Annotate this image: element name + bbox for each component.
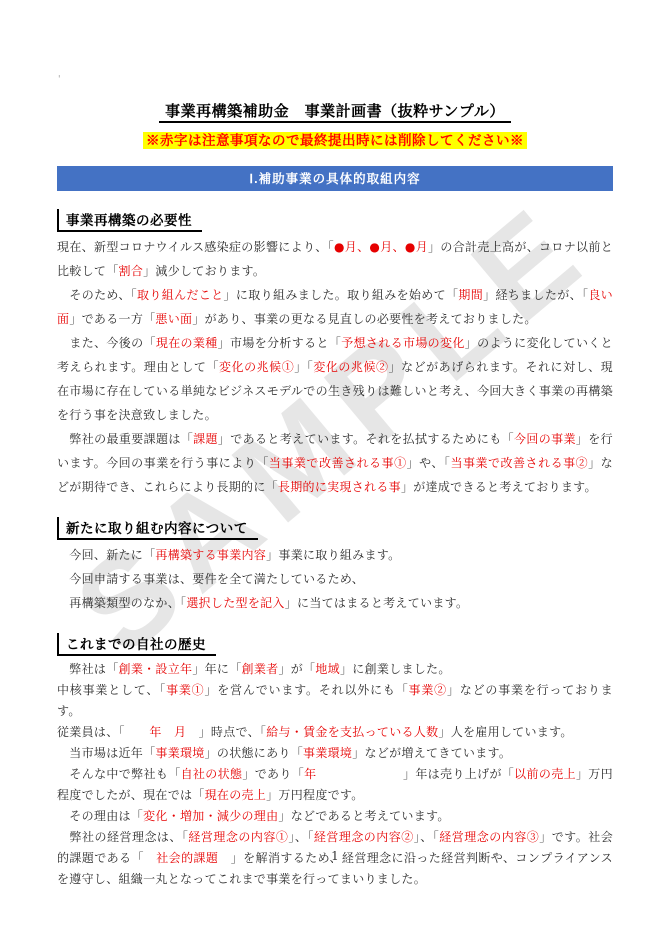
body-text: その理由は「 bbox=[57, 809, 143, 823]
document-section: 新たに取り組む内容について 今回、新たに「再構築する事業内容」事業に取り組みます… bbox=[57, 499, 613, 615]
body-text: 」を営んでいます。それ以外にも「 bbox=[205, 683, 409, 697]
body-text: 」であり「 bbox=[242, 767, 304, 781]
placeholder-red-text: 変化の兆候① bbox=[219, 360, 294, 374]
body-text: 」年に「 bbox=[192, 662, 241, 676]
body-text: 」、「 bbox=[414, 830, 439, 844]
placeholder-red-text: ●月、●月、●月 bbox=[334, 240, 428, 254]
body-text: 」時点で、「 bbox=[199, 725, 267, 739]
placeholder-red-text: 事業① bbox=[166, 683, 204, 697]
paragraph: 現在、新型コロナウイルス感染症の影響により、「●月、●月、●月」の合計売上高が、… bbox=[57, 235, 613, 283]
document-section: 事業再構築の必要性現在、新型コロナウイルス感染症の影響により、「●月、●月、●月… bbox=[57, 191, 613, 499]
placeholder-red-text: 課題 bbox=[193, 432, 218, 446]
body-text: また、今後の「 bbox=[57, 336, 156, 350]
paragraph: 今回、新たに「再構築する事業内容」事業に取り組みます。 bbox=[57, 543, 613, 567]
placeholder-red-text: 当事業で改善される事① bbox=[269, 456, 407, 470]
body-text: 再構築類型のなか、「 bbox=[57, 596, 186, 610]
placeholder-red-text: 給与・賃金を支払っている人数 bbox=[266, 725, 438, 739]
red-deletion-notice: ※赤字は注意事項なので最終提出時には削除してください※ bbox=[143, 132, 527, 149]
placeholder-red-text: 経営理念の内容② bbox=[314, 830, 414, 844]
placeholder-red-text: 年 月 bbox=[125, 725, 199, 739]
placeholder-red-text: 取り組んだこと bbox=[137, 288, 224, 302]
section-heading: 新たに取り組む内容について bbox=[57, 517, 258, 540]
body-text: 」年は売り上げが「 bbox=[316, 767, 514, 781]
placeholder-red-text: 悪い面 bbox=[155, 312, 192, 326]
body-text: 」万円程度です。 bbox=[266, 788, 363, 802]
chapter-banner: Ⅰ.補助事業の具体的取組内容 bbox=[57, 166, 613, 191]
body-text: 弊社の最重要課題は「 bbox=[57, 432, 193, 446]
body-text: 」市場を分析すると「 bbox=[218, 336, 342, 350]
body-text: 」である一方「 bbox=[69, 312, 155, 326]
body-text: 」に創業しました。 bbox=[340, 662, 451, 676]
paragraph: 従業員は、「 年 月 」時点で、「給与・賃金を支払っている人数」人を雇用していま… bbox=[57, 722, 613, 743]
sections-container: 事業再構築の必要性現在、新型コロナウイルス感染症の影響により、「●月、●月、●月… bbox=[57, 191, 613, 890]
paragraph: 今回申請する事業は、要件を全て満たしているため、 bbox=[57, 567, 613, 591]
paragraph: 再構築類型のなか、「選択した型を記入」に当てはまると考えています。 bbox=[57, 591, 613, 615]
placeholder-red-text: 地域 bbox=[315, 662, 340, 676]
document-page: SAMPLE ' 事業再構築補助金 事業計画書（抜粋サンプル） ※赤字は注意事項… bbox=[0, 0, 665, 940]
section-heading: これまでの自社の歴史 bbox=[57, 633, 216, 656]
body-text: 」であると考えています。それを払拭するためにも「 bbox=[218, 432, 514, 446]
paragraph: また、今後の「現在の業種」市場を分析すると「予想される市場の変化」のように変化し… bbox=[57, 331, 613, 427]
paragraph: 弊社は「創業・設立年」年に「創業者」が「地域」に創業しました。 bbox=[57, 659, 613, 680]
body-text: 」減少しております。 bbox=[143, 264, 265, 278]
placeholder-red-text: 変化の兆候② bbox=[313, 360, 388, 374]
paragraph: そんな中で弊社も「自社の状態」であり「年 」年は売り上げが「以前の売上」万円程度… bbox=[57, 764, 613, 806]
body-text: 中核事業として、「 bbox=[57, 683, 166, 697]
body-text: 今回申請する事業は、要件を全て満たしているため、 bbox=[57, 572, 364, 586]
placeholder-red-text: 事業環境 bbox=[155, 746, 204, 760]
title-row: 事業再構築補助金 事業計画書（抜粋サンプル） bbox=[57, 0, 613, 121]
placeholder-red-text: 選択した型を記入 bbox=[186, 596, 284, 610]
placeholder-red-text: 再構築する事業内容 bbox=[155, 548, 266, 562]
placeholder-red-text: 創業者 bbox=[242, 662, 279, 676]
body-text: 弊社の経営理念は、「 bbox=[57, 830, 188, 844]
body-text: 従業員は、「 bbox=[57, 725, 125, 739]
placeholder-red-text: 変化・増加・減少の理由 bbox=[143, 809, 278, 823]
stray-edit-mark: ' bbox=[58, 76, 60, 85]
document-title: 事業再構築補助金 事業計画書（抜粋サンプル） bbox=[159, 103, 511, 123]
body-text: 」が「 bbox=[278, 662, 315, 676]
body-text: 」経ちましたが、「 bbox=[483, 288, 588, 302]
paragraph: そのため、「取り組んだこと」に取り組みました。取り組みを始めて「期間」経ちました… bbox=[57, 283, 613, 331]
body-text: 」に取り組みました。取り組みを始めて「 bbox=[224, 288, 459, 302]
page-content: ' 事業再構築補助金 事業計画書（抜粋サンプル） ※赤字は注意事項なので最終提出… bbox=[57, 0, 613, 940]
placeholder-red-text: 現在の業種 bbox=[156, 336, 218, 350]
body-text: 」があり、事業の更なる見直しの必要性を考えておりました。 bbox=[192, 312, 536, 326]
placeholder-red-text: 現在の売上 bbox=[205, 788, 267, 802]
placeholder-red-text: 創業・設立年 bbox=[119, 662, 193, 676]
body-text: 」などが増えてきています。 bbox=[352, 746, 511, 760]
placeholder-red-text: 予想される市場の変化 bbox=[341, 336, 465, 350]
body-text: 」の状態にあり「 bbox=[205, 746, 303, 760]
placeholder-red-text: 年 bbox=[304, 767, 316, 781]
placeholder-red-text: 割合 bbox=[119, 264, 144, 278]
section-heading: 事業再構築の必要性 bbox=[57, 209, 202, 232]
placeholder-red-text: 経営理念の内容③ bbox=[439, 830, 539, 844]
placeholder-red-text: 長期的に実現される事 bbox=[278, 480, 401, 494]
body-text: 」が達成できると考えております。 bbox=[401, 480, 597, 494]
body-text: 今回、新たに「 bbox=[57, 548, 155, 562]
body-text: 弊社は「 bbox=[57, 662, 119, 676]
body-text: 」人を雇用しています。 bbox=[438, 725, 572, 739]
body-text: 」や、「 bbox=[407, 456, 451, 470]
placeholder-red-text: 期間 bbox=[458, 288, 483, 302]
body-text: 当市場は近年「 bbox=[57, 746, 155, 760]
body-text: 」「 bbox=[294, 360, 313, 374]
placeholder-red-text: 当事業で改善される事② bbox=[450, 456, 588, 470]
body-text: そのため、「 bbox=[57, 288, 137, 302]
notice-row: ※赤字は注意事項なので最終提出時には削除してください※ bbox=[57, 129, 613, 149]
body-text: 」事業に取り組みます。 bbox=[266, 548, 400, 562]
placeholder-red-text: 事業環境 bbox=[303, 746, 352, 760]
body-text: そんな中で弊社も「 bbox=[57, 767, 181, 781]
body-text: 」、「 bbox=[288, 830, 313, 844]
placeholder-red-text: 以前の売上 bbox=[514, 767, 576, 781]
placeholder-red-text: 経営理念の内容① bbox=[188, 830, 288, 844]
placeholder-red-text: 今回の事業 bbox=[514, 432, 576, 446]
paragraph: 弊社の最重要課題は「課題」であると考えています。それを払拭するためにも「今回の事… bbox=[57, 427, 613, 499]
paragraph: 中核事業として、「事業①」を営んでいます。それ以外にも「事業②」などの事業を行っ… bbox=[57, 680, 613, 722]
placeholder-red-text: 自社の状態 bbox=[181, 767, 243, 781]
page-number: 1 bbox=[57, 849, 613, 863]
placeholder-red-text: 事業② bbox=[409, 683, 447, 697]
body-text: 」に当てはまると考えています。 bbox=[285, 596, 469, 610]
body-text: 」などであると考えています。 bbox=[278, 809, 449, 823]
body-text: 現在、新型コロナウイルス感染症の影響により、「 bbox=[57, 240, 334, 254]
paragraph: 当市場は近年「事業環境」の状態にあり「事業環境」などが増えてきています。 bbox=[57, 743, 613, 764]
paragraph: その理由は「変化・増加・減少の理由」などであると考えています。 bbox=[57, 806, 613, 827]
